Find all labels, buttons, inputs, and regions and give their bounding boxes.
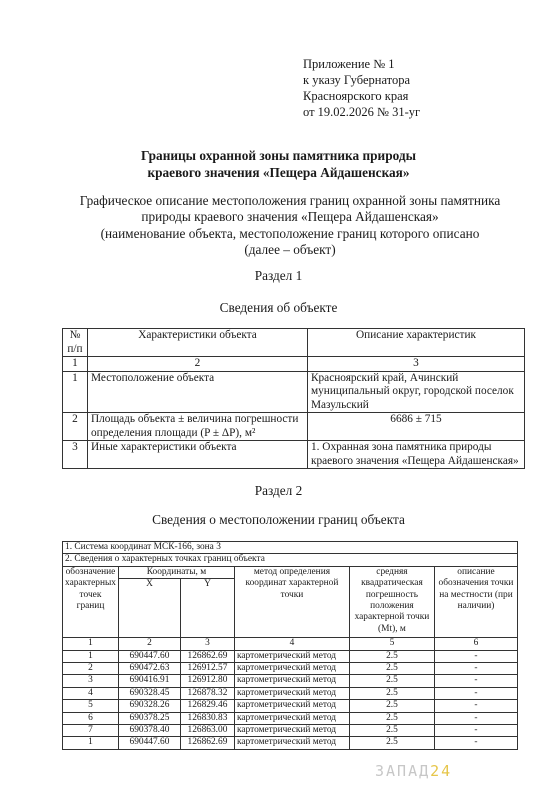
document-title: Границы охранной зоны памятника природы … [0, 147, 557, 181]
cell-error: 2.5 [349, 687, 434, 699]
table-row: 4690328.45126878.32картометрический мето… [63, 687, 518, 699]
cell-point: 4 [63, 687, 119, 699]
cell-y: 126829.46 [180, 700, 234, 712]
table-header-row: № п/п Характеристики объекта Описание ха… [63, 329, 525, 357]
boundary-points-table: 1. Система координат МСК-166, зона 3 2. … [62, 541, 518, 750]
section1-heading: Раздел 1 [0, 268, 557, 284]
table-row: 1690447.60126862.69картометрический мето… [63, 650, 518, 662]
column-number: 6 [434, 638, 517, 650]
row-number: 1 [63, 371, 88, 413]
table-row: 1 Местоположение объекта Красноярский кр… [63, 371, 525, 413]
cell-y: 126863.00 [180, 725, 234, 737]
cell-point: 6 [63, 712, 119, 724]
watermark-main: ЗАПАД [375, 762, 430, 780]
cell-method: картометрический метод [234, 725, 349, 737]
row-characteristic: Местоположение объекта [88, 371, 308, 413]
cell-point: 1 [63, 650, 119, 662]
row-value: 1. Охранная зона памятника природы краев… [308, 441, 525, 469]
appendix-line: к указу Губернатора [303, 72, 420, 88]
row-number: 3 [63, 441, 88, 469]
appendix-line: Красноярского края [303, 88, 420, 104]
table-row: 6690378.25126830.83картометрический мето… [63, 712, 518, 724]
document-subtitle: Графическое описание местоположения гран… [60, 193, 520, 258]
cell-x: 690447.60 [118, 737, 180, 749]
row-value: Красноярский край, Ачинский муниципальны… [308, 371, 525, 413]
header-method: метод определения координат характерной … [234, 566, 349, 637]
subtitle-line: (наименование объекта, местоположение гр… [60, 226, 520, 242]
cell-method: картометрический метод [234, 700, 349, 712]
table-numbering-row: 1 2 3 [63, 357, 525, 372]
cell-x: 690378.40 [118, 725, 180, 737]
appendix-line: Приложение № 1 [303, 56, 420, 72]
column-number: 2 [118, 638, 180, 650]
subtitle-line: природы краевого значения «Пещера Айдаше… [60, 209, 520, 225]
header-x: X [118, 579, 180, 638]
table-row: 7690378.40126863.00картометрический мето… [63, 725, 518, 737]
cell-x: 690416.91 [118, 675, 180, 687]
cell-desc: - [434, 737, 517, 749]
cell-x: 690378.25 [118, 712, 180, 724]
watermark-accent: 24 [430, 762, 452, 780]
appendix-block: Приложение № 1 к указу Губернатора Красн… [303, 56, 420, 120]
column-number: 3 [180, 638, 234, 650]
cell-method: картометрический метод [234, 687, 349, 699]
title-line: Границы охранной зоны памятника природы [0, 147, 557, 164]
table-row: 5690328.26126829.46картометрический мето… [63, 700, 518, 712]
cell-y: 126912.57 [180, 663, 234, 675]
row-characteristic: Иные характеристики объекта [88, 441, 308, 469]
row-value: 6686 ± 715 [308, 413, 525, 441]
cell-point: 1 [63, 737, 119, 749]
cell-x: 690447.60 [118, 650, 180, 662]
cell-desc: - [434, 675, 517, 687]
cell-x: 690472.63 [118, 663, 180, 675]
table-numbering-row: 1 2 3 4 5 6 [63, 638, 518, 650]
cell-desc: - [434, 663, 517, 675]
cell-x: 690328.26 [118, 700, 180, 712]
cell-error: 2.5 [349, 650, 434, 662]
table-row: 1690447.60126862.69картометрический мето… [63, 737, 518, 749]
column-number: 2 [88, 357, 308, 372]
column-number: 1 [63, 638, 119, 650]
cell-error: 2.5 [349, 737, 434, 749]
cell-desc: - [434, 712, 517, 724]
cell-point: 7 [63, 725, 119, 737]
cell-method: картометрический метод [234, 712, 349, 724]
points-caption: 2. Сведения о характерных точках границ … [63, 554, 518, 566]
coord-system-caption: 1. Система координат МСК-166, зона 3 [63, 542, 518, 554]
table-row: 3690416.91126912.80картометрический мето… [63, 675, 518, 687]
table-row: 2 Площадь объекта ± величина погрешности… [63, 413, 525, 441]
cell-method: картометрический метод [234, 675, 349, 687]
cell-error: 2.5 [349, 700, 434, 712]
title-line: краевого значения «Пещера Айдашенская» [0, 164, 557, 181]
cell-method: картометрический метод [234, 663, 349, 675]
table-row: 2690472.63126912.57картометрический мето… [63, 663, 518, 675]
section2-subheading: Сведения о местоположении границ объекта [0, 512, 557, 528]
cell-desc: - [434, 687, 517, 699]
column-number: 5 [349, 638, 434, 650]
cell-error: 2.5 [349, 712, 434, 724]
header-description: Описание характеристик [308, 329, 525, 357]
row-characteristic: Площадь объекта ± величина погрешности о… [88, 413, 308, 441]
object-info-table: № п/п Характеристики объекта Описание ха… [62, 328, 525, 469]
header-characteristics: Характеристики объекта [88, 329, 308, 357]
cell-y: 126862.69 [180, 737, 234, 749]
column-number: 3 [308, 357, 525, 372]
header-coords: Координаты, м [118, 566, 234, 578]
cell-error: 2.5 [349, 725, 434, 737]
cell-method: картометрический метод [234, 650, 349, 662]
section1-subheading: Сведения об объекте [0, 300, 557, 316]
header-y: Y [180, 579, 234, 638]
subtitle-line: (далее – объект) [60, 242, 520, 258]
cell-point: 2 [63, 663, 119, 675]
column-number: 4 [234, 638, 349, 650]
appendix-line: от 19.02.2026 № 31-уг [303, 104, 420, 120]
cell-error: 2.5 [349, 675, 434, 687]
table-header-row: обозначение характерных точек границ Коо… [63, 566, 518, 578]
cell-y: 126912.80 [180, 675, 234, 687]
header-point: обозначение характерных точек границ [63, 566, 119, 637]
cell-desc: - [434, 650, 517, 662]
watermark-logo: ЗАПАД24 [375, 762, 452, 780]
cell-method: картометрический метод [234, 737, 349, 749]
cell-error: 2.5 [349, 663, 434, 675]
column-number: 1 [63, 357, 88, 372]
cell-x: 690328.45 [118, 687, 180, 699]
cell-y: 126878.32 [180, 687, 234, 699]
cell-y: 126862.69 [180, 650, 234, 662]
section2-heading: Раздел 2 [0, 483, 557, 499]
cell-point: 5 [63, 700, 119, 712]
table-row: 3 Иные характеристики объекта 1. Охранна… [63, 441, 525, 469]
cell-desc: - [434, 725, 517, 737]
cell-y: 126830.83 [180, 712, 234, 724]
row-number: 2 [63, 413, 88, 441]
header-number: № п/п [63, 329, 88, 357]
header-description: описание обозначения точки на местности … [434, 566, 517, 637]
subtitle-line: Графическое описание местоположения гран… [20, 193, 557, 209]
cell-desc: - [434, 700, 517, 712]
header-error: средняя квадратическая погрешность полож… [349, 566, 434, 637]
cell-point: 3 [63, 675, 119, 687]
points-body: 1690447.60126862.69картометрический мето… [63, 650, 518, 749]
